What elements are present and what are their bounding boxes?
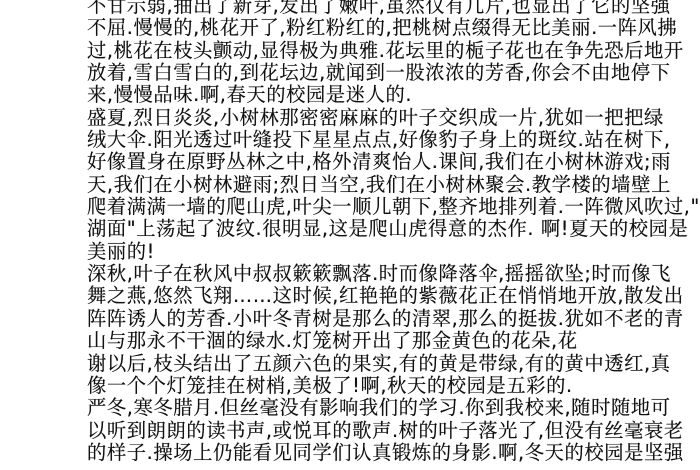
text-line: 过,桃花在枝头颤动,显得极为典雅.花坛里的栀子花也在争先恐后地开 bbox=[87, 40, 617, 62]
document-text: 不甘示弱,抽出了新芽,发出了嫩叶,虽然仅有几片,也显出了它的坚强 不屈.慢慢的,… bbox=[87, 0, 617, 464]
text-line: 以听到朗朗的读书声,或悦耳的歌声.树的叶子落光了,但没有丝毫衰老 bbox=[87, 420, 617, 442]
text-line: 好像置身在原野丛林之中,格外清爽怡人.课间,我们在小树林游戏;雨 bbox=[87, 151, 617, 173]
text-line: 天,我们在小树林避雨;烈日当空,我们在小树林聚会.教学楼的墙壁上 bbox=[87, 174, 617, 196]
text-line: 深秋,叶子在秋风中叔叔簌簌飘落.时而像降落伞,摇摇欲坠;时而像飞 bbox=[87, 263, 617, 285]
text-line: 盛夏,烈日炎炎,小树林那密密麻麻的叶子交织成一片,犹如一把把绿 bbox=[87, 107, 617, 129]
text-line: 严冬,寒冬腊月.但丝毫没有影响我们的学习.你到我校来,随时随地可 bbox=[87, 397, 617, 419]
text-line: 阵阵诱人的芳香.小叶冬青树是那么的清翠,那么的挺拔.犹如不老的青 bbox=[87, 308, 617, 330]
text-line: 爬着满满一墙的爬山虎,叶尖一顺儿朝下,整齐地排列着.一阵微风吹过," bbox=[87, 196, 617, 218]
text-line: 美丽的! bbox=[87, 241, 617, 263]
text-line: 舞之燕,悠然飞翔……这时候,红艳艳的紫薇花正在悄悄地开放,散发出 bbox=[87, 285, 617, 307]
text-line: 山与那永不干涸的绿水.灯笼树开出了那金黄色的花朵,花 bbox=[87, 330, 617, 352]
text-line: 绒大伞.阳光透过叶缝投下星星点点,好像豹子身上的斑纹.站在树下, bbox=[87, 129, 617, 151]
text-line: 像一个个灯笼挂在树梢,美极了!啊,秋天的校园是五彩的. bbox=[87, 375, 617, 397]
text-line: 不屈.慢慢的,桃花开了,粉红粉红的,把桃树点缀得无比美丽.一阵风拂 bbox=[87, 17, 617, 39]
text-line: 湖面"上荡起了波纹.很明显,这是爬山虎得意的杰作. 啊!夏天的校园是 bbox=[87, 218, 617, 240]
text-line: 来,慢慢品味.啊,春天的校园是迷人的. bbox=[87, 84, 617, 106]
text-line: 谢以后,枝头结出了五颜六色的果实,有的黄是带绿,有的黄中透红,真 bbox=[87, 353, 617, 375]
text-line: 不甘示弱,抽出了新芽,发出了嫩叶,虽然仅有几片,也显出了它的坚强 bbox=[87, 0, 617, 17]
text-line: 的样子.操场上仍能看见同学们认真锻炼的身影.啊,冬天的校园是坚强 bbox=[87, 442, 617, 464]
text-line: 放着,雪白雪白的,到花坛边,就闻到一股浓浓的芳香,你会不由地停下 bbox=[87, 62, 617, 84]
